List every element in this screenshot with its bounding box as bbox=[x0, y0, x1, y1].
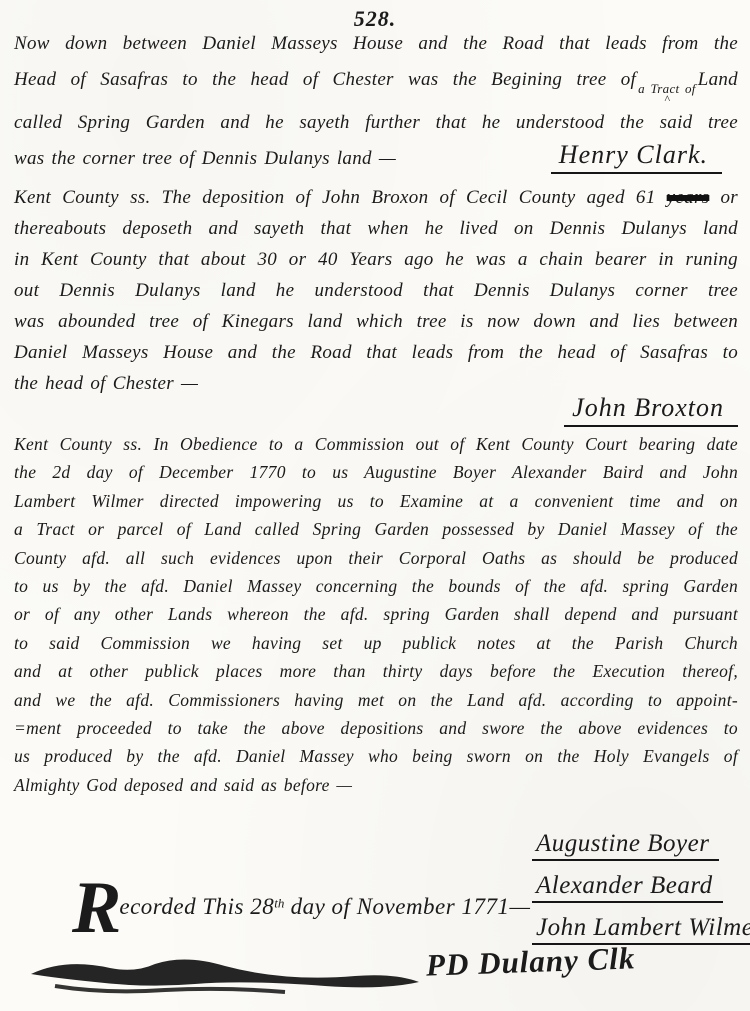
text-line: out Dennis Dulanys land he understood th… bbox=[14, 275, 738, 306]
augustine-boyer-signature: Augustine Boyer bbox=[532, 830, 719, 861]
text-line: a Tract or parcel of Land called Spring … bbox=[14, 515, 738, 543]
text-line: to said Commission we having set up publ… bbox=[14, 629, 738, 657]
text-line: us produced by the afd. Daniel Massey wh… bbox=[14, 742, 738, 770]
text-line: thereabouts deposeth and sayeth that whe… bbox=[14, 213, 738, 244]
text-segment: Kent County ss. The deposition of John B… bbox=[14, 187, 656, 208]
recorded-text: day of November 1771— bbox=[284, 894, 530, 919]
text-line: called Spring Garden and he sayeth furth… bbox=[14, 105, 738, 141]
text-line: Lambert Wilmer directed impowering us to… bbox=[14, 487, 738, 515]
text-line-with-strikethrough: Kent County ss. The deposition of John B… bbox=[14, 182, 738, 213]
recorded-text: ecorded This 28 bbox=[119, 894, 274, 919]
henry-clark-signature: Henry Clark. bbox=[551, 140, 722, 174]
text-segment: or bbox=[720, 187, 738, 208]
clerk-signature: PD Dulany Clk bbox=[425, 940, 635, 983]
struck-out-word: years bbox=[667, 187, 710, 208]
text-line: was abounded tree of Kinegars land which… bbox=[14, 306, 738, 337]
text-line: and at other publick places more than th… bbox=[14, 657, 738, 685]
john-broxton-signature: John Broxton bbox=[564, 393, 738, 427]
ink-smudge bbox=[25, 948, 425, 998]
recorded-line: Recorded This 28th day of November 1771— bbox=[72, 878, 530, 938]
text-segment: Land bbox=[698, 69, 738, 90]
alexander-beard-signature: Alexander Beard bbox=[532, 872, 723, 903]
caret-mark: ^ bbox=[664, 95, 669, 105]
decorative-initial: R bbox=[72, 867, 119, 949]
commissioner-signatures: Augustine Boyer Alexander Beard John Lam… bbox=[532, 830, 750, 956]
ordinal-superscript: th bbox=[274, 896, 284, 911]
text-line: to us by the afd. Daniel Massey concerni… bbox=[14, 572, 738, 600]
text-line: Now down between Daniel Masseys House an… bbox=[14, 26, 738, 62]
text-segment: Head of Sasafras to the head of Chester … bbox=[14, 69, 636, 90]
text-line-with-insertion: Head of Sasafras to the head of Chester … bbox=[14, 62, 738, 105]
text-line: County afd. all such evidences upon thei… bbox=[14, 544, 738, 572]
text-line: in Kent County that about 30 or 40 Years… bbox=[14, 244, 738, 275]
text-line: Daniel Masseys House and the Road that l… bbox=[14, 337, 738, 368]
commission-certification-text: Kent County ss. In Obedience to a Commis… bbox=[14, 430, 738, 799]
text-line: and we the afd. Commissioners having met… bbox=[14, 686, 738, 714]
interlinear-insertion: a Tract of^ bbox=[638, 82, 696, 105]
john-lambert-wilmer-signature: John Lambert Wilmer bbox=[532, 914, 750, 945]
text-line: Almighty God deposed and said as before … bbox=[14, 771, 738, 799]
text-line: Kent County ss. In Obedience to a Commis… bbox=[14, 430, 738, 458]
document-page: 528. Now down between Daniel Masseys Hou… bbox=[0, 0, 750, 1011]
text-line: =ment proceeded to take the above deposi… bbox=[14, 714, 738, 742]
deposition-broxon-text: Kent County ss. The deposition of John B… bbox=[14, 182, 738, 399]
text-line: the 2d day of December 1770 to us August… bbox=[14, 458, 738, 486]
text-line: or of any other Lands whereon the afd. s… bbox=[14, 600, 738, 628]
